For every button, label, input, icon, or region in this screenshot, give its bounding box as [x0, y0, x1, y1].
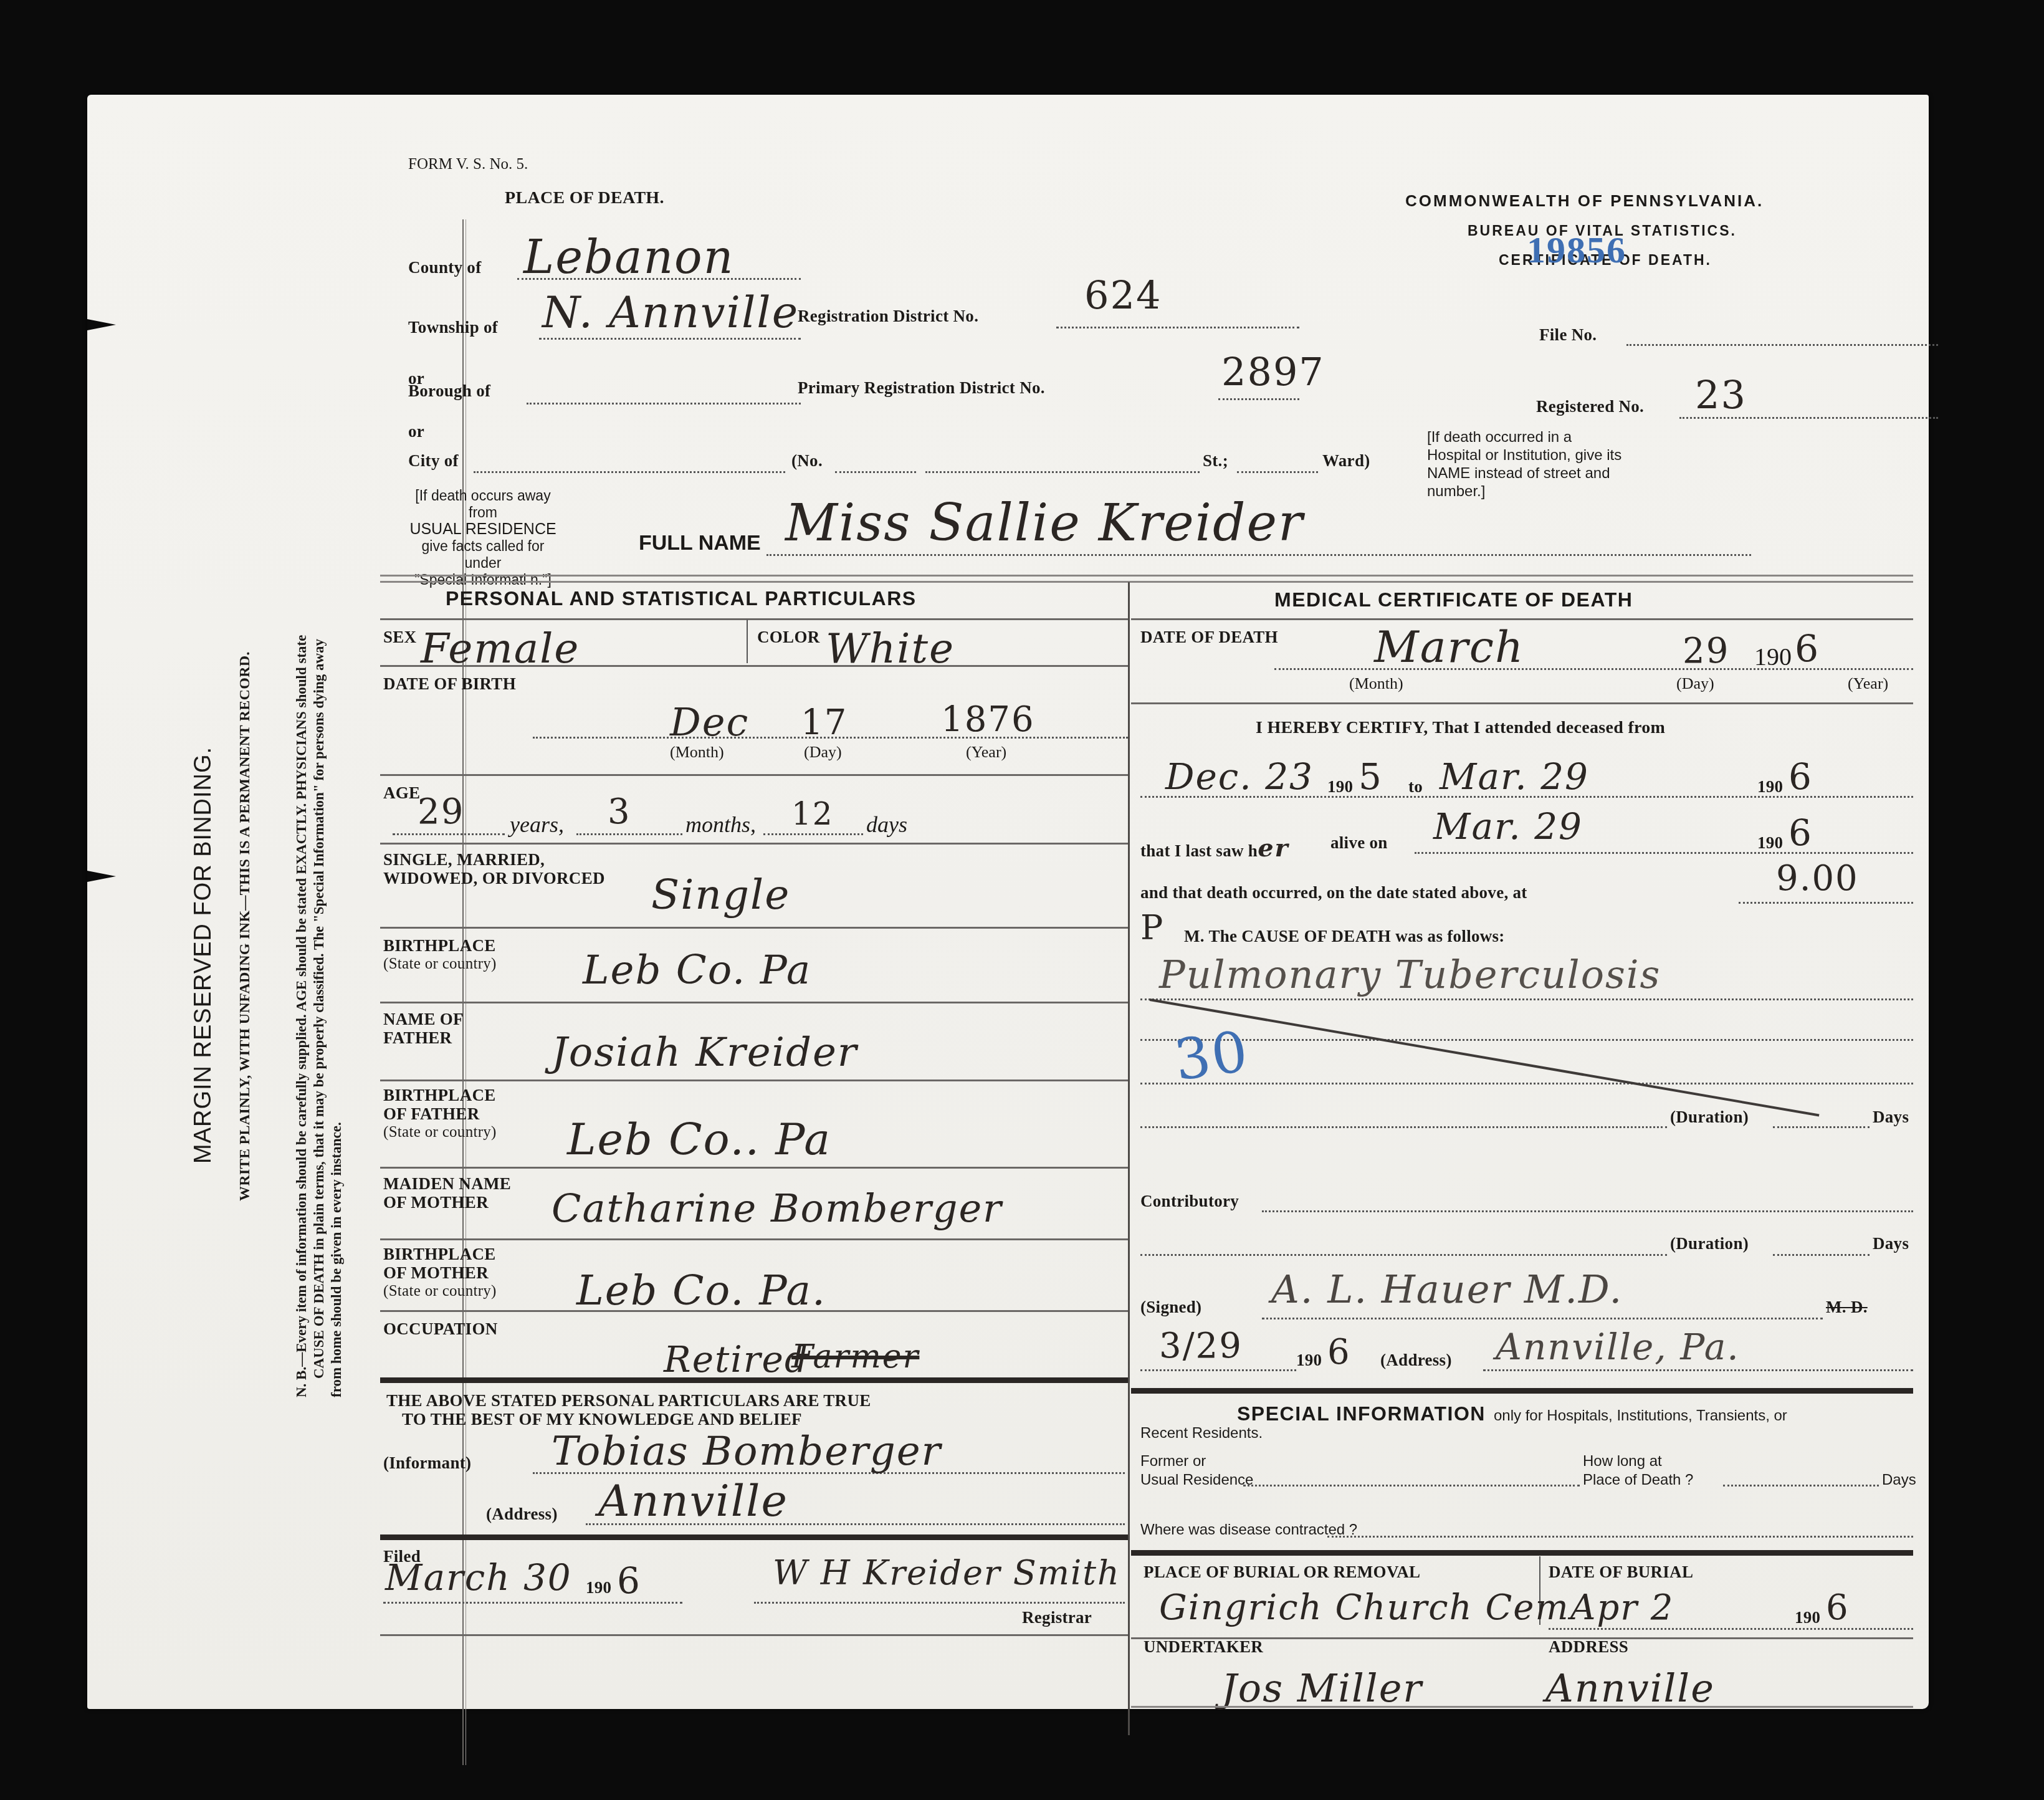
section-divider: [1131, 1550, 1913, 1556]
signed-date-field[interactable]: [1140, 1369, 1296, 1371]
registered-no-value: 23: [1695, 372, 1747, 418]
label-line: Usual Residence: [1140, 1471, 1253, 1490]
label-line: BIRTHPLACE: [383, 936, 497, 955]
label-line: NAME OF: [383, 1010, 464, 1028]
how-long-days: Days: [1882, 1471, 1916, 1489]
or-text: or: [408, 422, 424, 441]
cause-field-2[interactable]: [1140, 1039, 1913, 1041]
filed-year-prefix: 190: [586, 1578, 611, 1597]
attestation: THE ABOVE STATED PERSONAL PARTICULARS AR…: [386, 1391, 871, 1429]
usual-residence-note: [If death occurs away from USUAL RESIDEN…: [405, 487, 561, 588]
filed-date-field[interactable]: [383, 1602, 682, 1604]
undertaker-label: UNDERTAKER: [1144, 1637, 1263, 1657]
dod-month: March: [1374, 621, 1524, 673]
attended-to: Mar. 29: [1440, 755, 1589, 798]
label-line: Former or: [1140, 1452, 1253, 1471]
attest-line: TO THE BEST OF MY KNOWLEDGE AND BELIEF: [386, 1410, 871, 1429]
mother-name-label: MAIDEN NAME OF MOTHER: [383, 1174, 511, 1212]
file-number-value: 19856: [1527, 229, 1626, 270]
attended-from-year-suffix: 5: [1359, 755, 1383, 798]
alive-on-text: alive on: [1330, 833, 1388, 853]
label-line: SINGLE, MARRIED,: [383, 850, 605, 869]
years-word: years,: [510, 811, 564, 838]
dod-label: DATE OF DEATH: [1140, 628, 1278, 647]
occupation-label: OCCUPATION: [383, 1319, 498, 1339]
contracted-label: Where was disease contracted ?: [1140, 1521, 1357, 1539]
age-years-value: 29: [418, 792, 464, 832]
occupation-value[interactable]: Retired: [664, 1338, 809, 1381]
age-days-field[interactable]: [763, 833, 863, 835]
medical-heading: MEDICAL CERTIFICATE OF DEATH: [1274, 588, 1633, 611]
father-name-label: NAME OF FATHER: [383, 1010, 464, 1047]
birthplace-label: BIRTHPLACE (State or country): [383, 936, 497, 974]
marital-label: SINGLE, MARRIED, WIDOWED, OR DIVORCED: [383, 850, 605, 888]
row-divider: [1131, 702, 1913, 704]
burial-year-prefix: 190: [1795, 1608, 1820, 1627]
margin-binding-text: MARGIN RESERVED FOR BINDING.: [190, 747, 217, 1164]
signed-year-suffix: 6: [1327, 1332, 1351, 1372]
certify-text: I HEREBY CERTIFY, That I attended deceas…: [1256, 718, 1665, 738]
burial-place-value[interactable]: Gingrich Church Cem: [1159, 1587, 1570, 1628]
mother-birthplace-label: BIRTHPLACE OF MOTHER (State or country): [383, 1245, 497, 1301]
father-birthplace-label: BIRTHPLACE OF FATHER (State or country): [383, 1086, 497, 1142]
dob-month: Dec: [670, 699, 749, 745]
sex-label: SEX: [383, 628, 416, 647]
time-field[interactable]: [1739, 902, 1913, 904]
label-line: How long at: [1583, 1452, 1693, 1471]
note-line: give facts called for under: [405, 538, 561, 572]
file-no-field[interactable]: [1626, 344, 1938, 346]
burial-date-value: Apr 2: [1570, 1587, 1674, 1628]
label-line: BIRTHPLACE: [383, 1086, 497, 1104]
last-saw-year-suffix: 6: [1788, 811, 1813, 854]
year-caption: (Year): [1848, 674, 1888, 693]
label-line: OF FATHER: [383, 1104, 497, 1123]
age-days-value: 12: [791, 796, 834, 832]
age-months-value: 3: [608, 792, 631, 832]
township-value: N. Annville: [542, 287, 799, 338]
registrar-signature: W H Kreider Smith: [773, 1553, 1120, 1592]
attest-line: THE ABOVE STATED PERSONAL PARTICULARS AR…: [386, 1391, 871, 1410]
former-residence-field[interactable]: [1243, 1485, 1580, 1486]
borough-field[interactable]: [527, 403, 801, 405]
registration-district-label: Registration District No.: [798, 307, 978, 326]
informant-address-value: Annville: [598, 1475, 788, 1526]
special-info-sub2: Recent Residents.: [1140, 1424, 1263, 1442]
street-number-label: (No.: [791, 451, 823, 471]
borough-label-text: Borough of: [408, 381, 490, 401]
informant-value: Tobias Bomberger: [552, 1429, 942, 1475]
ward-label: Ward): [1322, 451, 1370, 471]
county-label: County of: [408, 258, 481, 277]
last-saw-field[interactable]: [1415, 852, 1913, 854]
last-saw-pronoun: er: [1258, 833, 1289, 863]
place-of-death-heading: PLACE OF DEATH.: [505, 188, 664, 208]
attended-to-year-prefix: 190: [1757, 777, 1783, 797]
color-label: COLOR: [757, 628, 820, 647]
special-info-sub: only for Hospitals, Institutions, Transi…: [1494, 1407, 1787, 1424]
month-caption: (Month): [670, 743, 724, 762]
how-long-field[interactable]: [1723, 1485, 1879, 1486]
age-months-field[interactable]: [576, 833, 682, 835]
to-word: to: [1408, 777, 1423, 797]
label-line: OF MOTHER: [383, 1193, 511, 1212]
strike-line: [1150, 998, 1820, 1116]
margin-instruction: WRITE PLAINLY, WITH UNFADING INK—THIS IS…: [237, 651, 254, 1201]
burial-date-label: DATE OF BURIAL: [1549, 1563, 1693, 1582]
signed-year-prefix: 190: [1296, 1351, 1322, 1370]
row-divider: [380, 927, 1128, 929]
ward-field[interactable]: [1237, 471, 1318, 473]
margin-note-line: N. B.—Every item of information should b…: [293, 635, 310, 1397]
physician-address: Annville, Pa.: [1496, 1326, 1740, 1368]
death-certificate: MARGIN RESERVED FOR BINDING. WRITE PLAIN…: [87, 95, 1929, 1709]
month-caption: (Month): [1349, 674, 1403, 693]
registrar-signature-field[interactable]: [754, 1602, 1125, 1604]
full-name-field[interactable]: [766, 554, 1751, 556]
informant-label: (Informant): [383, 1453, 471, 1473]
undertaker-value[interactable]: Jos Miller: [1221, 1665, 1423, 1711]
binding-tear: [87, 871, 116, 882]
age-years-field[interactable]: [393, 833, 505, 835]
street-label: St.;: [1203, 451, 1228, 471]
row-divider: [380, 1080, 1128, 1081]
cause-text: M. The CAUSE OF DEATH was as follows:: [1184, 927, 1505, 946]
contributory-label: Contributory: [1140, 1192, 1239, 1211]
city-label: City of: [408, 451, 459, 471]
undertaker-address-label: ADDRESS: [1549, 1637, 1628, 1657]
ampm-value[interactable]: P: [1140, 908, 1164, 947]
cell-divider: [747, 620, 748, 663]
duration-days-field[interactable]: [1773, 1126, 1870, 1128]
hospital-note: [If death occurred in a Hospital or Inst…: [1427, 428, 1626, 500]
occupation-struck-value: Farmer: [791, 1338, 919, 1376]
last-saw-pre: that I last saw h: [1140, 841, 1258, 860]
days-word: days: [866, 811, 907, 838]
registration-district-value: 624: [1084, 272, 1162, 318]
last-saw-year-prefix: 190: [1757, 833, 1783, 853]
registrar-label: Registrar: [1022, 1608, 1092, 1627]
filed-date-value: March 30: [385, 1556, 572, 1599]
duration-field[interactable]: [1140, 1126, 1667, 1128]
dob-year: 1876: [941, 699, 1035, 740]
time-value: 9.00: [1776, 858, 1859, 899]
primary-district-field[interactable]: [1218, 398, 1299, 400]
label-line: OF MOTHER: [383, 1263, 497, 1282]
row-divider: [380, 1002, 1128, 1003]
mother-birthplace-value[interactable]: Leb Co. Pa.: [576, 1266, 826, 1314]
divider: [380, 581, 1913, 583]
row-divider: [380, 665, 1128, 667]
contributory-field[interactable]: [1262, 1210, 1913, 1212]
file-number-stamp: 19856: [1527, 229, 1626, 272]
signature-field[interactable]: [1262, 1318, 1823, 1319]
primary-district-label: Primary Registration District No.: [798, 378, 1045, 398]
margin-note-line: from home should be given in every insta…: [328, 635, 345, 1397]
note-line: USUAL RESIDENCE: [405, 521, 561, 538]
day-caption: (Day): [804, 743, 842, 762]
birthplace-value[interactable]: Leb Co. Pa: [583, 947, 811, 993]
label-line: (State or country): [383, 1282, 497, 1301]
primary-district-value: 2897: [1221, 349, 1325, 395]
attended-to-year-suffix: 6: [1788, 755, 1813, 798]
duration2-field[interactable]: [1140, 1254, 1667, 1256]
file-no-label: File No.: [1539, 325, 1597, 345]
label-line: Place of Death ?: [1583, 1471, 1693, 1490]
personal-heading: PERSONAL AND STATISTICAL PARTICULARS: [446, 587, 917, 610]
dob-label: DATE OF BIRTH: [383, 674, 516, 694]
dod-day: 29: [1683, 631, 1729, 671]
how-long-label: How long at Place of Death ?: [1583, 1452, 1693, 1490]
dob-day: 17: [801, 702, 848, 743]
label-line: WIDOWED, OR DIVORCED: [383, 869, 605, 888]
mother-name-value[interactable]: Catharine Bomberger: [552, 1185, 1003, 1231]
undertaker-address-value[interactable]: Annville: [1545, 1665, 1715, 1711]
row-divider: [380, 843, 1128, 845]
row-divider: [380, 1310, 1128, 1312]
row-divider: [380, 1167, 1128, 1169]
label-line: BIRTHPLACE: [383, 1245, 497, 1263]
burial-date-field[interactable]: [1549, 1628, 1913, 1630]
father-name-value[interactable]: Josiah Kreider: [552, 1030, 857, 1076]
duration2-label: (Duration): [1670, 1234, 1749, 1253]
label-line: FATHER: [383, 1028, 464, 1047]
divider: [380, 575, 1913, 577]
days-label: Days: [1873, 1108, 1909, 1127]
row-divider: [380, 774, 1128, 776]
form-number: FORM V. S. No. 5.: [408, 156, 528, 173]
special-info-heading: SPECIAL INFORMATION only for Hospitals, …: [1237, 1402, 1787, 1425]
full-name-label: FULL NAME: [639, 531, 761, 555]
street-number-field[interactable]: [835, 471, 916, 473]
township-field[interactable]: [539, 338, 801, 340]
former-residence-label: Former or Usual Residence: [1140, 1452, 1253, 1490]
dod-year-prefix: 190: [1754, 642, 1792, 671]
full-name-value: Miss Sallie Kreider: [785, 494, 1304, 553]
cause-field-3[interactable]: [1140, 1083, 1913, 1084]
attended-from: Dec. 23: [1165, 755, 1314, 798]
physician-address-field[interactable]: [1483, 1369, 1913, 1371]
row-divider: [1131, 618, 1913, 620]
dod-year-suffix: 6: [1795, 628, 1820, 671]
md-label: M. D.: [1826, 1298, 1868, 1317]
last-saw-text: that I last saw her: [1140, 833, 1289, 863]
binding-tear: [87, 319, 116, 330]
signed-label: (Signed): [1140, 1298, 1201, 1317]
father-birthplace-value[interactable]: Leb Co.. Pa: [567, 1114, 831, 1165]
physician-address-label: (Address): [1380, 1351, 1452, 1370]
marital-value[interactable]: Single: [651, 871, 790, 919]
cause-field[interactable]: [1140, 998, 1913, 1000]
year-caption: (Year): [966, 743, 1006, 762]
months-word: months,: [685, 811, 756, 838]
cause-value: Pulmonary Tuberculosis: [1159, 952, 1661, 997]
label-line: (State or country): [383, 1123, 497, 1142]
row-divider: [380, 1634, 1128, 1636]
county-value: Lebanon: [523, 231, 734, 284]
burial-year-suffix: 6: [1826, 1587, 1850, 1628]
informant-address-label: (Address): [486, 1505, 558, 1524]
row-divider: [1131, 1706, 1913, 1708]
physician-signature: A. L. Hauer M.D.: [1271, 1266, 1623, 1312]
age-label: AGE: [383, 783, 420, 803]
contracted-field[interactable]: [1327, 1536, 1913, 1538]
margin-rule: [462, 219, 466, 1765]
filed-year-suffix: 6: [617, 1559, 641, 1602]
section-divider: [380, 1534, 1128, 1540]
registration-district-field[interactable]: [1056, 327, 1299, 328]
township-label: Township of: [408, 318, 498, 337]
city-field[interactable]: [474, 471, 785, 473]
duration-label: (Duration): [1670, 1108, 1749, 1127]
note-line: [If death occurs away from: [405, 487, 561, 521]
commonwealth-heading: COMMONWEALTH OF PENNSYLVANIA.: [1405, 191, 1764, 211]
special-info-title: SPECIAL INFORMATION: [1237, 1402, 1486, 1425]
last-saw-date: Mar. 29: [1433, 805, 1583, 848]
column-divider: [1128, 582, 1130, 1735]
duration2-days-field[interactable]: [1773, 1254, 1870, 1256]
label-line: (State or country): [383, 955, 497, 974]
street-name-field[interactable]: [925, 471, 1200, 473]
occurred-text: and that death occurred, on the date sta…: [1140, 883, 1527, 902]
registered-no-label: Registered No.: [1536, 397, 1644, 416]
days2-label: Days: [1873, 1234, 1909, 1253]
margin-note-line: CAUSE OF DEATH in plain terms, that it m…: [310, 635, 328, 1397]
burial-place-label: PLACE OF BURIAL OR REMOVAL: [1144, 1563, 1420, 1582]
section-divider: [380, 1377, 1128, 1383]
day-caption: (Day): [1676, 674, 1714, 693]
signed-date: 3/29: [1159, 1326, 1243, 1366]
margin-note: N. B.—Every item of information should b…: [293, 635, 345, 1397]
attended-from-year-prefix: 190: [1327, 777, 1353, 797]
row-divider: [380, 1238, 1128, 1240]
blue-pencil-mark: 30: [1170, 1018, 1253, 1093]
section-divider: [1131, 1388, 1913, 1394]
row-divider: [380, 618, 1128, 620]
label-line: MAIDEN NAME: [383, 1174, 511, 1193]
